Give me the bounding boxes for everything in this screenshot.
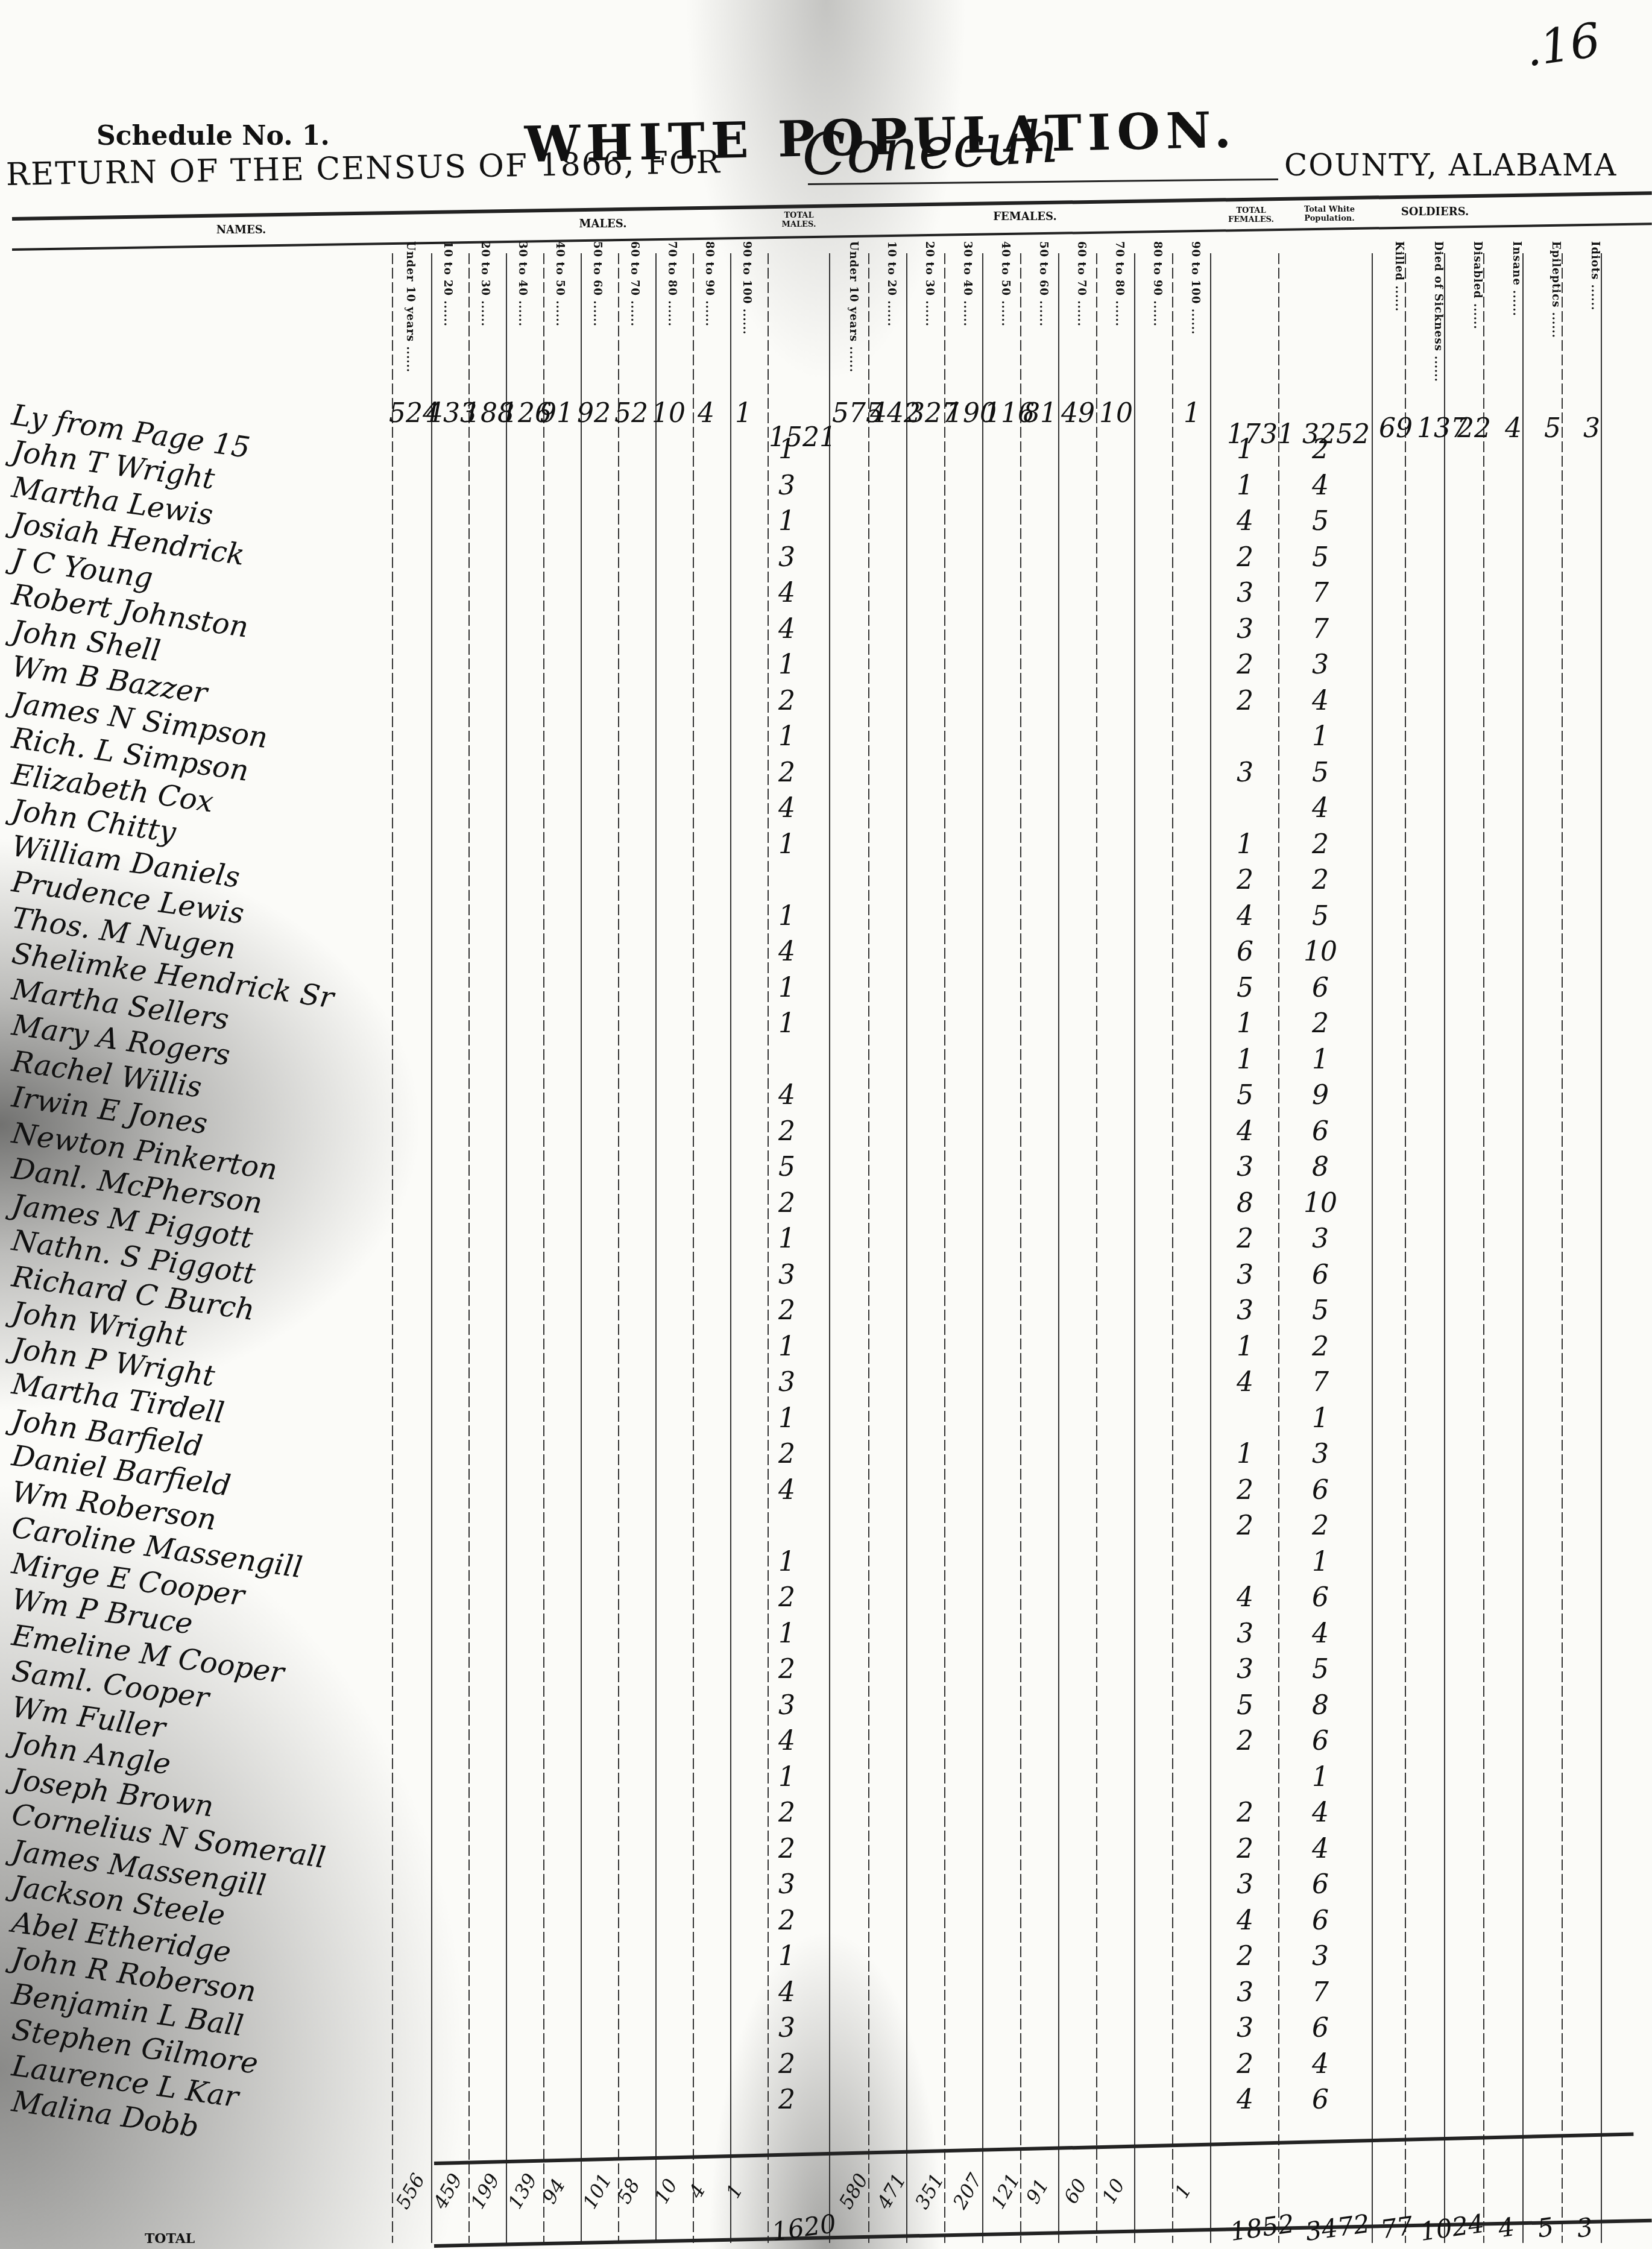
total-males: 1 <box>769 1618 805 1649</box>
total-males: 4 <box>769 793 805 824</box>
total-males: 2 <box>769 1797 805 1828</box>
column-rule <box>1020 253 1021 2243</box>
total-white: 3 <box>1302 1223 1338 1254</box>
total-male-count: 94 <box>538 2175 570 2207</box>
total-females: 5 <box>1227 1080 1263 1111</box>
total-white: 4 <box>1302 1797 1338 1828</box>
total-white: 5 <box>1302 506 1338 537</box>
total-white: 3 <box>1302 649 1338 680</box>
total-females: 3 <box>1227 1977 1263 2008</box>
total-females: 4 <box>1227 1582 1263 1613</box>
soldier-count: 3 <box>1574 413 1610 444</box>
total-females: 4 <box>1227 1116 1263 1147</box>
total-females: 2 <box>1227 1223 1263 1254</box>
total-white: 7 <box>1302 1977 1338 2008</box>
total-males: 3 <box>769 470 805 501</box>
total-females: 4 <box>1227 1905 1263 1936</box>
total-white: 6 <box>1302 973 1338 1003</box>
total-females: 1 <box>1227 1044 1263 1075</box>
total-white: 5 <box>1302 1654 1338 1685</box>
soldier-count: 22 <box>1456 413 1492 444</box>
female-age-header: 70 to 80 ...... <box>1113 241 1126 327</box>
female-age-header: 90 to 100 ...... <box>1189 241 1202 335</box>
total-males: 4 <box>769 1475 805 1506</box>
column-rule <box>1096 253 1097 2243</box>
total-females: 2 <box>1227 1475 1263 1506</box>
total-males: 1 <box>769 1762 805 1793</box>
total-female-count: 351 <box>910 2169 948 2213</box>
total-female-count: 60 <box>1059 2175 1091 2207</box>
total-females: 1 <box>1227 1439 1263 1469</box>
group-females: FEMALES. <box>965 211 1085 223</box>
total-female-count: 121 <box>986 2169 1024 2213</box>
total-female-count: 580 <box>834 2169 872 2213</box>
total-male-count: 139 <box>503 2169 541 2213</box>
total-white: 1 <box>1302 721 1338 752</box>
total-white: 4 <box>1302 1618 1338 1649</box>
male-age-header: 90 to 100 ...... <box>740 241 753 335</box>
total-males: 2 <box>769 1905 805 1936</box>
total-white: 4 <box>1302 1834 1338 1864</box>
total-females: 3 <box>1227 1618 1263 1649</box>
total-females: 2 <box>1227 649 1263 680</box>
total-males: 1 <box>769 1223 805 1254</box>
column-rule <box>1483 253 1484 2243</box>
soldier-col-header: Died of Sickness ...... <box>1432 241 1445 382</box>
total-males: 1 <box>769 829 805 860</box>
total-females: 2 <box>1227 1797 1263 1828</box>
total-females: 3 <box>1227 1295 1263 1326</box>
total-male-count: 101 <box>578 2169 616 2213</box>
total-males: 3 <box>769 1690 805 1721</box>
total-males: 2 <box>769 2084 805 2115</box>
total-males: 1 <box>769 649 805 680</box>
total-white: 6 <box>1302 1260 1338 1290</box>
totals-rule <box>434 2132 1634 2165</box>
total-white: 2 <box>1302 1331 1338 1362</box>
total-females: 2 <box>1227 1834 1263 1864</box>
total-males: 1 <box>769 901 805 932</box>
total-males: 2 <box>769 757 805 788</box>
grand-total-females: 1852 <box>1228 2209 1296 2247</box>
female-age-header: 20 to 30 ...... <box>923 241 936 327</box>
total-female-count: 91 <box>1021 2175 1053 2207</box>
male-count: 91 <box>538 398 575 429</box>
male-age-header: 20 to 30 ...... <box>479 241 491 327</box>
male-age-header: 30 to 40 ...... <box>516 241 529 327</box>
total-males: 2 <box>769 1188 805 1219</box>
male-age-header: 50 to 60 ...... <box>591 241 604 327</box>
total-white: 6 <box>1302 1905 1338 1936</box>
total-males: 2 <box>769 686 805 716</box>
total-males: 1 <box>769 1331 805 1362</box>
total-males: 2 <box>769 1295 805 1326</box>
female-count: 1 <box>1174 398 1210 429</box>
female-count: 81 <box>1022 398 1058 429</box>
grand-total-males: 1620 <box>770 2209 838 2247</box>
column-rule <box>655 253 657 2243</box>
total-males: 3 <box>769 2013 805 2043</box>
total-females: 3 <box>1227 1654 1263 1685</box>
female-count: 190 <box>946 398 982 429</box>
total-white: 7 <box>1302 1367 1338 1398</box>
group-total-white: Total White Population. <box>1290 205 1369 223</box>
total-white: 4 <box>1302 470 1338 501</box>
column-rule <box>693 253 694 2243</box>
total-female-count: 471 <box>872 2169 910 2213</box>
total-females: 2 <box>1227 865 1263 895</box>
male-count: 188 <box>464 398 500 429</box>
column-rule <box>392 253 393 2243</box>
column-rule <box>431 253 432 2243</box>
male-count: 4 <box>688 398 724 429</box>
female-count: 49 <box>1060 398 1096 429</box>
total-males: 5 <box>769 1152 805 1182</box>
column-rule <box>868 253 869 2243</box>
column-rule <box>944 253 945 2243</box>
male-age-header: 70 to 80 ...... <box>666 241 678 327</box>
total-female-count: 1 <box>1170 2180 1196 2203</box>
total-white: 4 <box>1302 793 1338 824</box>
total-male-count: 1 <box>722 2180 748 2203</box>
group-soldiers: SOLDIERS. <box>1387 206 1483 218</box>
total-white: 1 <box>1302 1762 1338 1793</box>
total-white: 6 <box>1302 1869 1338 1900</box>
total-females: 3 <box>1227 578 1263 608</box>
total-male-count: 58 <box>613 2175 645 2207</box>
column-rule <box>468 253 470 2243</box>
county-label: COUNTY, ALABAMA <box>1284 148 1617 183</box>
column-rule <box>1172 253 1173 2243</box>
soldier-col-header: Killed ...... <box>1393 241 1405 312</box>
total-white: 2 <box>1302 1510 1338 1541</box>
total-males: 3 <box>769 542 805 573</box>
return-text: RETURN OF THE CENSUS OF 1866, FOR <box>5 144 721 193</box>
total-female-count: 207 <box>948 2169 986 2213</box>
total-soldier-count: 77 <box>1379 2211 1415 2245</box>
total-white: 7 <box>1302 578 1338 608</box>
total-males: 2 <box>769 2049 805 2080</box>
total-females: 4 <box>1227 506 1263 537</box>
total-females: 4 <box>1227 901 1263 932</box>
total-white: 10 <box>1302 1188 1338 1219</box>
total-females: 2 <box>1227 686 1263 716</box>
total-females: 2 <box>1227 1941 1263 1972</box>
total-males: 4 <box>769 1726 805 1756</box>
total-white: 6 <box>1302 1726 1338 1756</box>
female-age-header: 60 to 70 ...... <box>1075 241 1088 327</box>
total-white: 2 <box>1302 829 1338 860</box>
male-age-header: 10 to 20 ...... <box>441 241 454 327</box>
male-count: 524 <box>389 398 425 429</box>
column-rule <box>1405 253 1406 2243</box>
total-soldier-count: 3 <box>1575 2212 1595 2243</box>
total-males: 4 <box>769 614 805 645</box>
total-white: 6 <box>1302 1475 1338 1506</box>
total-white: 6 <box>1302 1116 1338 1147</box>
total-soldier-count: 4 <box>1496 2212 1516 2243</box>
total-white: 10 <box>1302 936 1338 967</box>
paper-texture <box>0 0 1652 2249</box>
total-females: 6 <box>1227 936 1263 967</box>
total-males: 2 <box>769 1654 805 1685</box>
total-female-count: 10 <box>1097 2175 1129 2207</box>
female-count: 442 <box>870 398 906 429</box>
soldier-count: 4 <box>1495 413 1531 444</box>
table-row: Malina Dobb246 <box>0 0 1652 36</box>
column-rule <box>906 253 907 2243</box>
totals-label: TOTAL <box>145 2231 195 2247</box>
total-females: 5 <box>1227 1690 1263 1721</box>
total-males: 4 <box>769 578 805 608</box>
total-white: 2 <box>1302 865 1338 895</box>
total-females: 2 <box>1227 1510 1263 1541</box>
total-white: 8 <box>1302 1690 1338 1721</box>
total-male-count: 199 <box>466 2169 504 2213</box>
group-total-females: TOTAL FEMALES. <box>1218 206 1284 224</box>
total-males: 1 <box>769 973 805 1003</box>
male-count: 52 <box>613 398 649 429</box>
column-rule <box>506 253 507 2243</box>
total-white: 7 <box>1302 614 1338 645</box>
total-soldier-count: 5 <box>1536 2212 1556 2243</box>
total-white: 2 <box>1302 1008 1338 1039</box>
total-females: 3 <box>1227 2013 1263 2043</box>
soldier-count: 137 <box>1417 413 1453 444</box>
female-count: 575 <box>832 398 868 429</box>
total-females: 3 <box>1227 1260 1263 1290</box>
female-age-header: 50 to 60 ...... <box>1037 241 1050 327</box>
total-females: 1 <box>1227 829 1263 860</box>
total-males: 2 <box>769 1582 805 1613</box>
male-count: 1 <box>725 398 761 429</box>
male-count: 433 <box>426 398 462 429</box>
group-total-males: TOTAL MALES. <box>775 211 823 229</box>
soldier-col-header: Idiots ...... <box>1589 241 1601 311</box>
female-age-header: 40 to 50 ...... <box>999 241 1012 327</box>
column-rule <box>1562 253 1563 2243</box>
county-handwritten: Conecuh <box>800 108 1061 189</box>
soldier-count: 69 <box>1378 413 1414 444</box>
soldier-col-header: Epileptics ...... <box>1550 241 1562 338</box>
female-count: 116 <box>984 398 1020 429</box>
total-males: 2 <box>769 1116 805 1147</box>
total-females: 2 <box>1227 1726 1263 1756</box>
total-males: 4 <box>769 936 805 967</box>
total-females: 4 <box>1227 2084 1263 2115</box>
total-males: 2 <box>769 1834 805 1864</box>
total-white: 5 <box>1302 1295 1338 1326</box>
total-white: 6 <box>1302 2013 1338 2043</box>
total-white: 6 <box>1302 1582 1338 1613</box>
soldier-count: 5 <box>1534 413 1571 444</box>
female-count: 10 <box>1098 398 1134 429</box>
total-male-count: 10 <box>650 2175 682 2207</box>
total-males: 1 <box>769 434 805 465</box>
male-count: 126 <box>501 398 537 429</box>
total-females: 3 <box>1227 757 1263 788</box>
total-males: 3 <box>769 1869 805 1900</box>
total-females: 4 <box>1227 1367 1263 1398</box>
total-males: 2 <box>769 1439 805 1469</box>
total-white: 5 <box>1302 901 1338 932</box>
soldier-col-header: Insane ...... <box>1510 241 1523 317</box>
total-white: 2 <box>1302 434 1338 465</box>
column-rule <box>543 253 544 2243</box>
male-age-header: 60 to 70 ...... <box>628 241 641 327</box>
column-rule <box>982 253 983 2243</box>
total-females: 1 <box>1227 434 1263 465</box>
total-white: 6 <box>1302 2084 1338 2115</box>
female-age-header: Under 10 years ...... <box>847 241 860 373</box>
total-male-count: 556 <box>391 2169 429 2213</box>
total-males: 3 <box>769 1260 805 1290</box>
column-rule <box>730 253 731 2243</box>
column-rule <box>1134 253 1135 2243</box>
male-age-header: Under 10 years ...... <box>404 241 417 373</box>
total-males: 1 <box>769 721 805 752</box>
total-white: 1 <box>1302 1044 1338 1075</box>
total-females: 2 <box>1227 2049 1263 2080</box>
male-count: 10 <box>651 398 687 429</box>
male-age-header: 40 to 50 ...... <box>553 241 566 327</box>
total-females: 2 <box>1227 542 1263 573</box>
column-rule <box>1210 253 1211 2243</box>
total-white: 5 <box>1302 542 1338 573</box>
total-females: 1 <box>1227 1331 1263 1362</box>
total-females: 1 <box>1227 470 1263 501</box>
total-male-count: 459 <box>429 2169 467 2213</box>
total-white: 1 <box>1302 1403 1338 1434</box>
total-soldier-count: 1024 <box>1418 2209 1486 2247</box>
total-males: 3 <box>769 1367 805 1398</box>
total-females: 3 <box>1227 614 1263 645</box>
column-rule <box>1522 253 1524 2243</box>
total-white: 3 <box>1302 1941 1338 1972</box>
total-males: 1 <box>769 1403 805 1434</box>
column-rule <box>1372 253 1373 2243</box>
schedule-label: Schedule No. 1. <box>96 121 330 151</box>
total-males: 1 <box>769 506 805 537</box>
total-females: 3 <box>1227 1152 1263 1182</box>
total-males: 1 <box>769 1008 805 1039</box>
male-age-header: 80 to 90 ...... <box>703 241 716 327</box>
total-males: 4 <box>769 1977 805 2008</box>
total-white: 9 <box>1302 1080 1338 1111</box>
column-rule <box>1444 253 1445 2243</box>
total-white: 4 <box>1302 686 1338 716</box>
column-rule <box>618 253 619 2243</box>
grand-total-white: 3472 <box>1304 2209 1372 2247</box>
total-males: 4 <box>769 1080 805 1111</box>
column-rule <box>1278 253 1279 2243</box>
male-count: 92 <box>576 398 612 429</box>
group-names: NAMES. <box>181 224 301 236</box>
total-white: 8 <box>1302 1152 1338 1182</box>
total-females: 8 <box>1227 1188 1263 1219</box>
column-rule <box>1601 253 1602 2243</box>
total-white: 5 <box>1302 757 1338 788</box>
female-age-header: 80 to 90 ...... <box>1151 241 1164 327</box>
total-white: 4 <box>1302 2049 1338 2080</box>
group-males: MALES. <box>543 218 663 230</box>
total-females: 3 <box>1227 1869 1263 1900</box>
total-male-count: 4 <box>684 2180 710 2203</box>
column-rule <box>829 253 830 2243</box>
total-white: 3 <box>1302 1439 1338 1469</box>
total-females: 5 <box>1227 973 1263 1003</box>
total-males: 1 <box>769 1941 805 1972</box>
female-count: 327 <box>908 398 944 429</box>
soldier-col-header: Disabled ...... <box>1471 241 1484 330</box>
total-females: 1 <box>1227 1008 1263 1039</box>
column-rule <box>581 253 582 2243</box>
total-males: 1 <box>769 1547 805 1577</box>
female-age-header: 30 to 40 ...... <box>961 241 974 327</box>
column-rule <box>1058 253 1059 2243</box>
female-age-header: 10 to 20 ...... <box>885 241 898 327</box>
total-white: 1 <box>1302 1547 1338 1577</box>
